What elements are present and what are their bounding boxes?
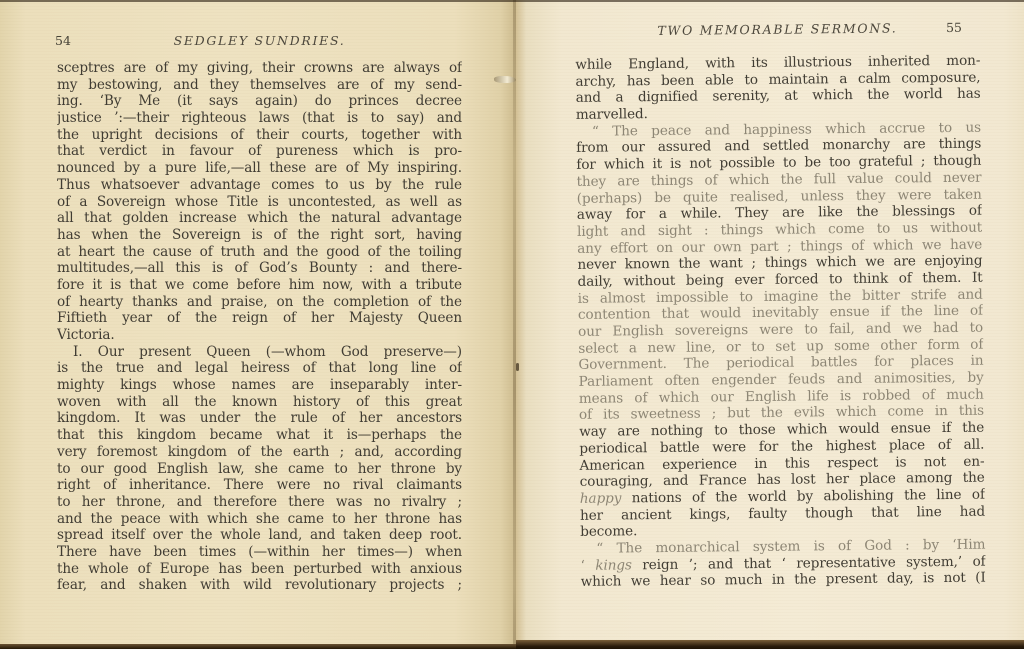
- text-line: at heart the cause of truth and the good…: [57, 244, 462, 261]
- text-line: nounced by a pure life,—all these are of…: [57, 160, 462, 177]
- text-segment: ‘: [580, 557, 595, 573]
- text-line: woven with all the known history of this…: [57, 394, 462, 411]
- text-line: multitudes,—all this is of God’s Bounty …: [57, 260, 462, 277]
- text-line: ing. ‘By Me (it says again) do princes d…: [57, 93, 462, 110]
- page-number-right: 55: [946, 20, 962, 35]
- text-line: I. Our present Queen (—whom God preserve…: [57, 344, 462, 361]
- text-line: fore it is that we come before him now, …: [57, 277, 462, 294]
- text-line: to our good English law, she came to her…: [57, 461, 462, 478]
- text-line: Fiftieth year of the reign of her Majest…: [57, 310, 462, 327]
- text-line: kingdom. It was under the rule of her an…: [57, 410, 462, 427]
- page-edge-bottom-right: [516, 640, 1024, 649]
- text-line: sceptres are of my giving, their crowns …: [57, 60, 462, 77]
- book-scan: 54 SEDGLEY SUNDRIES. sceptres are of my …: [0, 0, 1024, 649]
- text-line: and the peace with which she came to her…: [57, 511, 462, 528]
- italic-word: happy: [580, 490, 622, 506]
- text-line: has when the Sovereign is of the right s…: [57, 227, 462, 244]
- page-left: 54 SEDGLEY SUNDRIES. sceptres are of my …: [0, 0, 516, 649]
- text-line: which we hear so much in the present day…: [581, 570, 986, 591]
- gutter-speck: [516, 363, 519, 371]
- text-line: the upright decisions of their courts, t…: [57, 127, 462, 144]
- page-right-header: TWO MEMORABLE SERMONS. 55: [575, 20, 980, 42]
- text-line: of hearty thanks and praise, on the comp…: [57, 294, 462, 311]
- italic-word: kings: [595, 557, 632, 573]
- text-line: There have been times (—within her times…: [57, 544, 462, 561]
- page-right-text: while England, with its illustrious inhe…: [575, 53, 986, 591]
- text-line: all that golden increase which the natur…: [57, 210, 462, 227]
- page-right: TWO MEMORABLE SERMONS. 55 while England,…: [516, 0, 1024, 649]
- running-head-left: SEDGLEY SUNDRIES.: [57, 33, 462, 48]
- page-right-content: TWO MEMORABLE SERMONS. 55 while England,…: [513, 0, 1024, 649]
- text-line: fear, and shaken with wild revolutionary…: [57, 577, 462, 594]
- text-line: my bestowing, and they themselves are of…: [57, 77, 462, 94]
- text-line: to her throne, and therefore there was n…: [57, 494, 462, 511]
- text-line: very foremost kingdom of the earth ; and…: [57, 444, 462, 461]
- text-line: justice ’:—their righteous laws (that is…: [57, 110, 462, 127]
- text-line: the whole of Europe has been perturbed w…: [57, 561, 462, 578]
- text-line: spread itself over the whole land, and t…: [57, 527, 462, 544]
- page-left-text: sceptres are of my giving, their crowns …: [57, 60, 462, 594]
- page-edge-bottom-left: [0, 644, 516, 649]
- text-line: that verdict in favour of pureness which…: [57, 143, 462, 160]
- gutter-notch: [494, 76, 516, 83]
- text-line: that this kingdom became what it is—perh…: [57, 427, 462, 444]
- text-line: of a Sovereign whose Title is unconteste…: [57, 194, 462, 211]
- text-line: Thus whatsoever advantage comes to us by…: [57, 177, 462, 194]
- book-gutter-fold: [513, 0, 516, 649]
- text-line: Victoria.: [57, 327, 462, 344]
- page-edge-top: [0, 0, 1024, 2]
- text-line: is the true and legal heiress of that lo…: [57, 360, 462, 377]
- running-head-right: TWO MEMORABLE SERMONS.: [575, 20, 980, 39]
- page-left-header: 54 SEDGLEY SUNDRIES.: [57, 33, 462, 51]
- text-line: mighty kings whose names are inseparably…: [57, 377, 462, 394]
- page-number-left: 54: [55, 33, 71, 48]
- text-line: right of inheritance. There were no riva…: [57, 477, 462, 494]
